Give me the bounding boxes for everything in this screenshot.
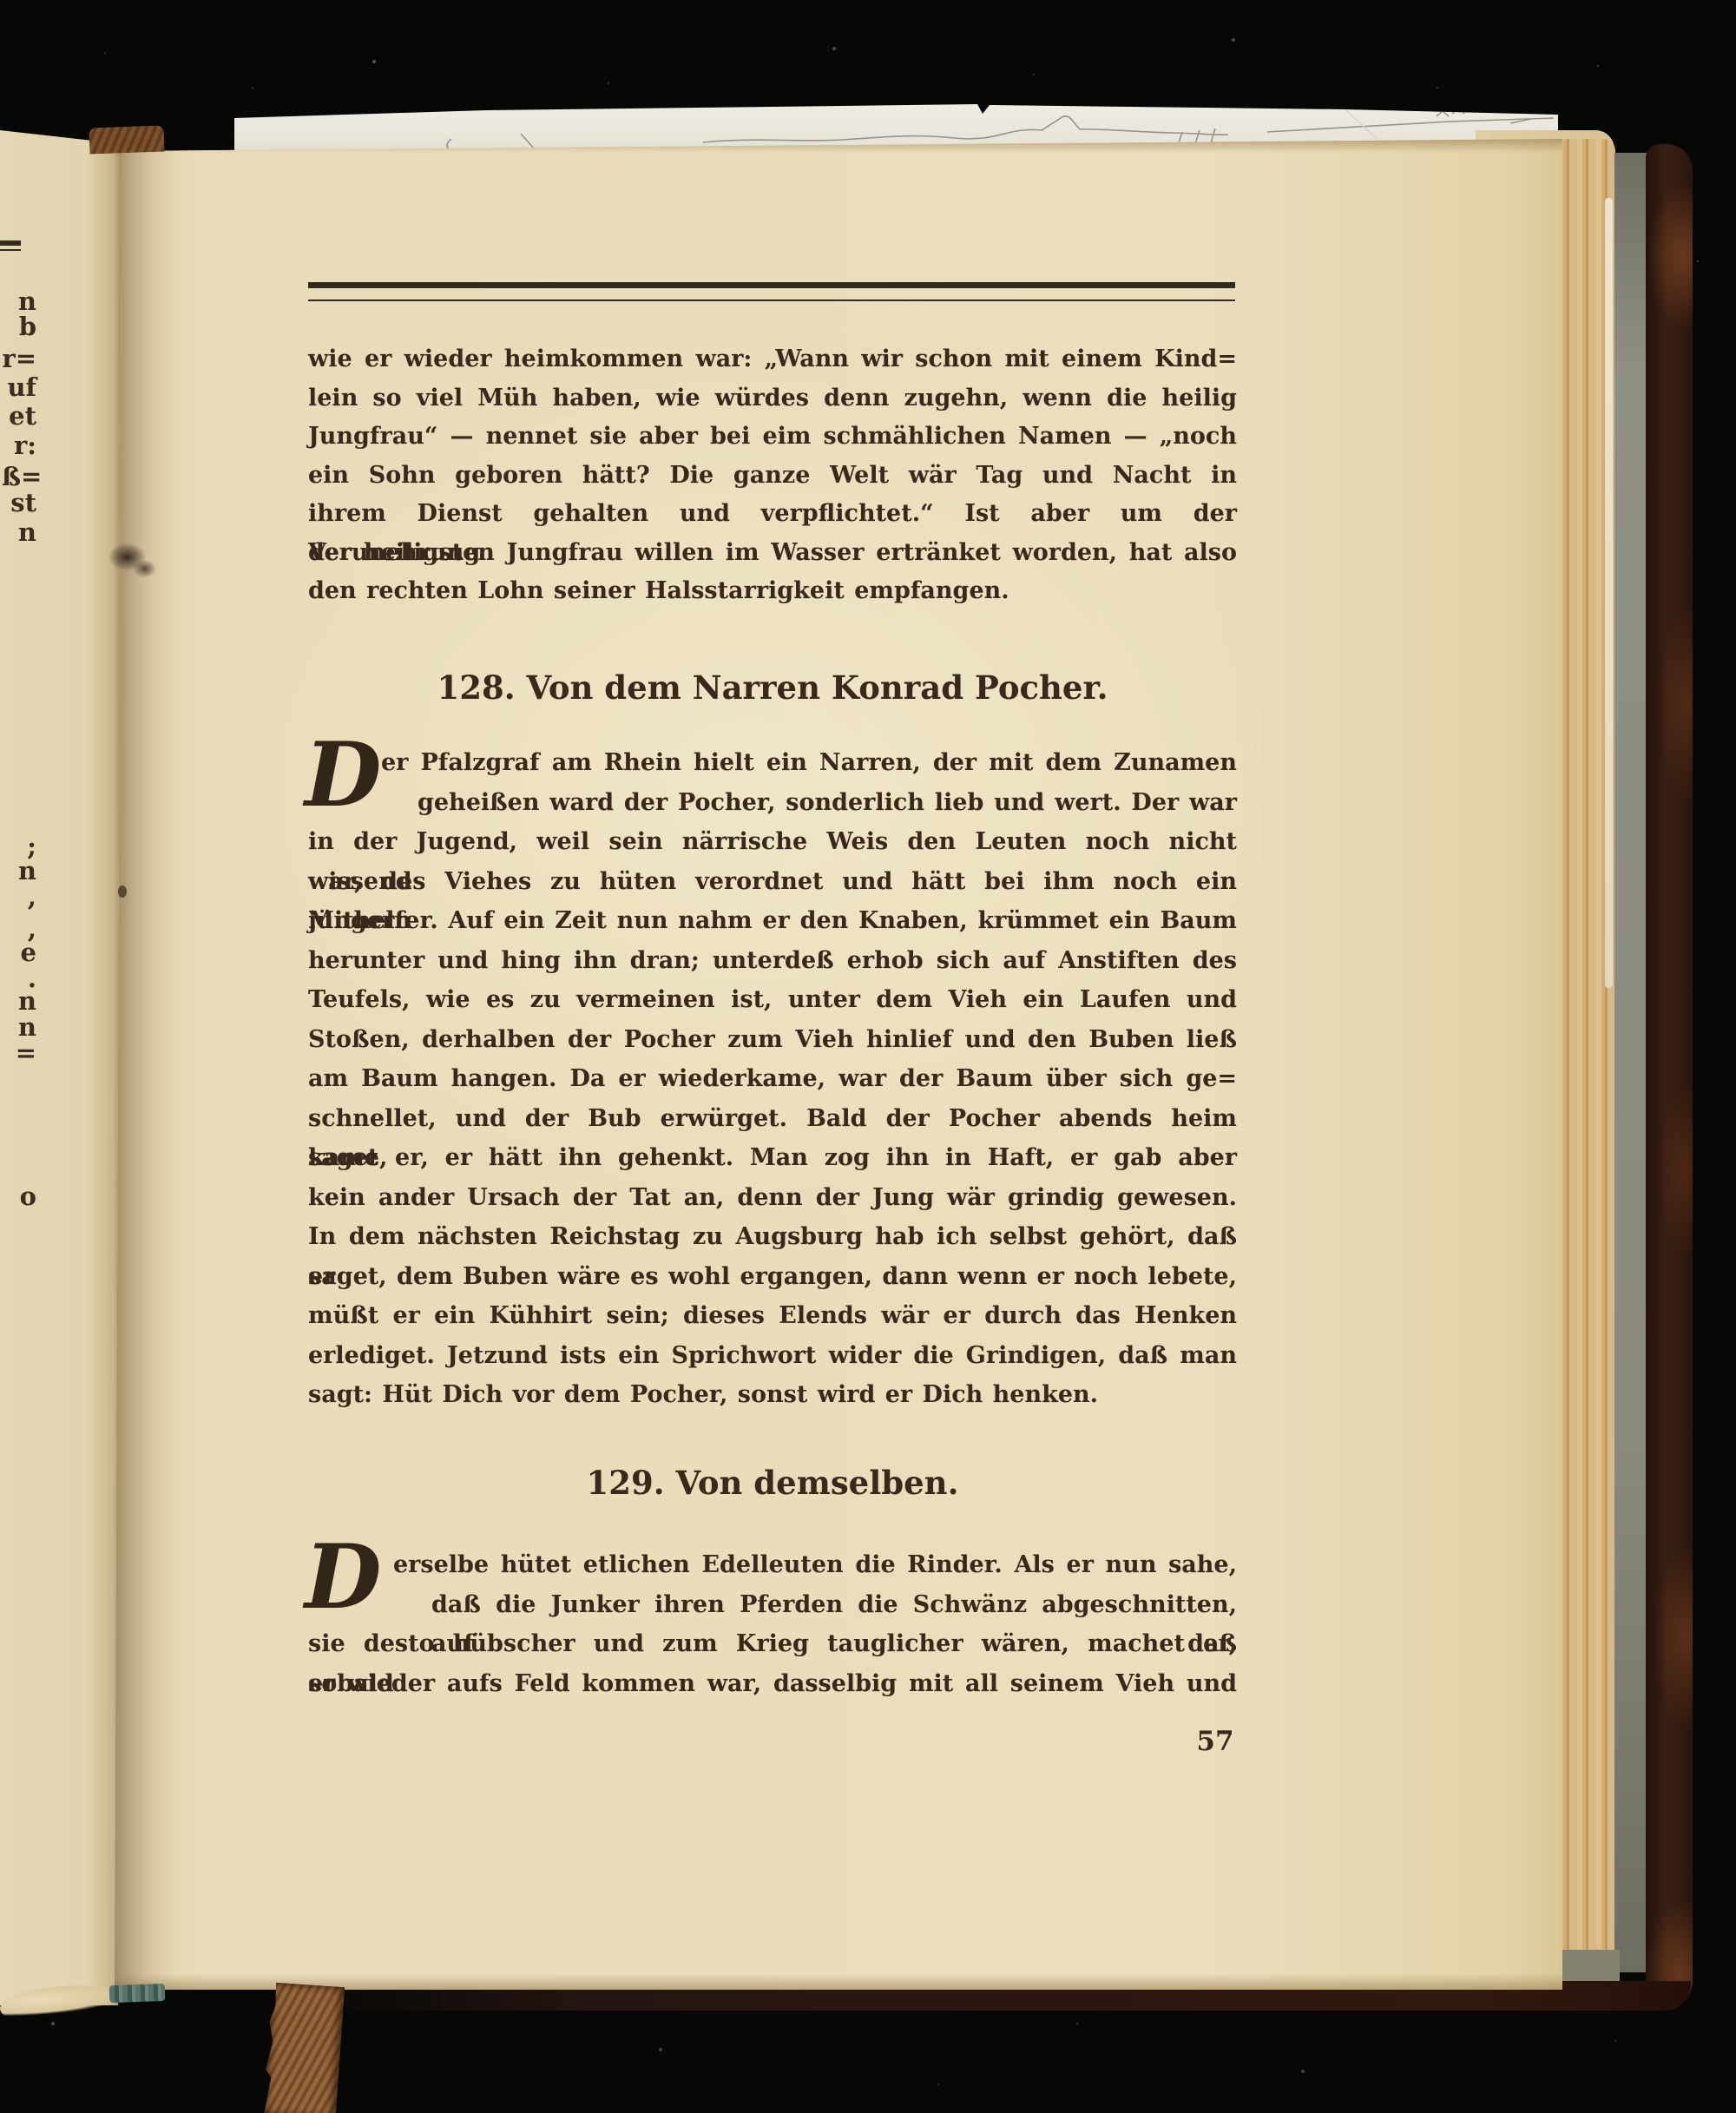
text-line: lein so viel Müh haben, wie würdes denn … — [308, 379, 1237, 418]
text-line: erlediget. Jetzund ists ein Sprichwort w… — [308, 1336, 1237, 1376]
text-fragment: et — [2, 403, 36, 429]
text-line: Jungfrau“ — nennet sie aber bei eim schm… — [308, 418, 1237, 457]
text-fragment: o — [2, 1183, 36, 1209]
text-fragment: e — [2, 939, 36, 965]
endpaper-edge — [1614, 153, 1647, 1972]
text-fragment: n — [2, 288, 36, 314]
page-number: 57 — [1180, 1726, 1250, 1757]
text-line: der heiligsten Jungfrau willen im Wasser… — [308, 534, 1237, 573]
text-fragment: n — [2, 519, 36, 545]
text-line: er Pfalzgraf am Rhein hielt ein Narren, … — [308, 743, 1237, 783]
text-fragment: n — [2, 988, 36, 1014]
dust-specks — [0, 0, 2, 2]
left-page-sliver: n b r= uf et r: ß= st n ; n , , e . n n … — [0, 130, 123, 2005]
text-line: sagt: Hüt Dich vor dem Pocher, sonst wir… — [308, 1375, 1237, 1415]
text-line: Mithelfer. Auf ein Zeit nun nahm er den … — [308, 901, 1237, 941]
text-line: in der Jugend, weil sein närrische Weis … — [308, 822, 1237, 862]
paragraph-story-128: D er Pfalzgraf am Rhein hielt ein Narren… — [308, 743, 1237, 1415]
text-line: In dem nächsten Reichstag zu Augsburg ha… — [308, 1217, 1237, 1257]
endband — [109, 1984, 166, 2003]
text-line: kein ander Ursach der Tat an, denn der J… — [308, 1178, 1237, 1218]
text-line: saget er, er hätt ihn gehenkt. Man zog i… — [308, 1138, 1237, 1178]
text-fragment: , — [2, 884, 36, 910]
chapter-heading-128: 128. Von dem Narren Konrad Pocher. — [308, 668, 1237, 707]
text-line: Stoßen, derhalben der Pocher zum Vieh hi… — [308, 1020, 1237, 1060]
bookmark-ribbon — [261, 1982, 345, 2113]
text-line: daß die Junker ihren Pferden die Schwänz… — [308, 1585, 1237, 1625]
text-line: wie er wieder heimkommen war: „Wann wir … — [308, 340, 1237, 379]
ink-smudge — [109, 538, 160, 585]
text-line: geheißen ward der Pocher, sonderlich lie… — [308, 783, 1237, 823]
text-fragment: r: — [2, 432, 36, 458]
text-line: war, des Viehes zu hüten verordnet und h… — [308, 862, 1237, 902]
text-fragment: = — [2, 1040, 36, 1066]
text-line: herunter und hing ihn dran; unterdeß erh… — [308, 941, 1237, 981]
text-line: müßt er ein Kühhirt sein; dieses Elends … — [308, 1296, 1237, 1336]
book-page: wie er wieder heimkommen war: „Wann wir … — [85, 139, 1562, 1990]
text-fragment: ß= — [2, 464, 36, 490]
left-page-rule-fragment — [0, 240, 21, 251]
chapter-heading-129: 129. Von demselben. — [308, 1464, 1237, 1502]
text-fragment: r= — [2, 346, 36, 372]
paragraph-story-129: D erselbe hütet etlichen Edelleuten die … — [308, 1545, 1237, 1703]
leather-cover-edge — [1646, 144, 1693, 2011]
drop-cap-initial: D — [305, 731, 381, 820]
text-line: schnellet, und der Bub erwürget. Bald de… — [308, 1099, 1237, 1139]
text-line: ihrem Dienst gehalten und verpflichtet.“… — [308, 495, 1237, 534]
text-line: saget, dem Buben wäre es wohl ergangen, … — [308, 1257, 1237, 1297]
text-line: er wieder aufs Feld kommen war, dasselbi… — [308, 1664, 1237, 1704]
head-rule — [308, 282, 1235, 301]
bookmark-ribbon-top — [89, 126, 165, 155]
text-fragment: n — [2, 858, 36, 884]
text-fragment: st — [2, 490, 36, 516]
text-line: am Baum hangen. Da er wiederkame, war de… — [308, 1059, 1237, 1099]
text-line: Teufels, wie es zu vermeinen ist, unter … — [308, 980, 1237, 1020]
text-line: den rechten Lohn seiner Halsstarrigkeit … — [308, 572, 1237, 611]
text-fragment: b — [2, 313, 36, 339]
paragraph-continued: wie er wieder heimkommen war: „Wann wir … — [308, 340, 1237, 611]
text-line: sie desto hübscher und zum Krieg tauglic… — [308, 1624, 1237, 1664]
photograph-of-open-book: n b r= uf et r: ß= st n ; n , , e . n n … — [0, 0, 1736, 2113]
ink-speck — [118, 885, 127, 898]
page-edge-sliver — [1605, 198, 1613, 988]
text-line: erselbe hütet etlichen Edelleuten die Ri… — [308, 1545, 1237, 1585]
drop-cap-initial: D — [305, 1533, 381, 1622]
text-fragment: uf — [2, 374, 36, 400]
text-fragment: n — [2, 1014, 36, 1040]
text-line: ein Sohn geboren hätt? Die ganze Welt wä… — [308, 457, 1237, 496]
